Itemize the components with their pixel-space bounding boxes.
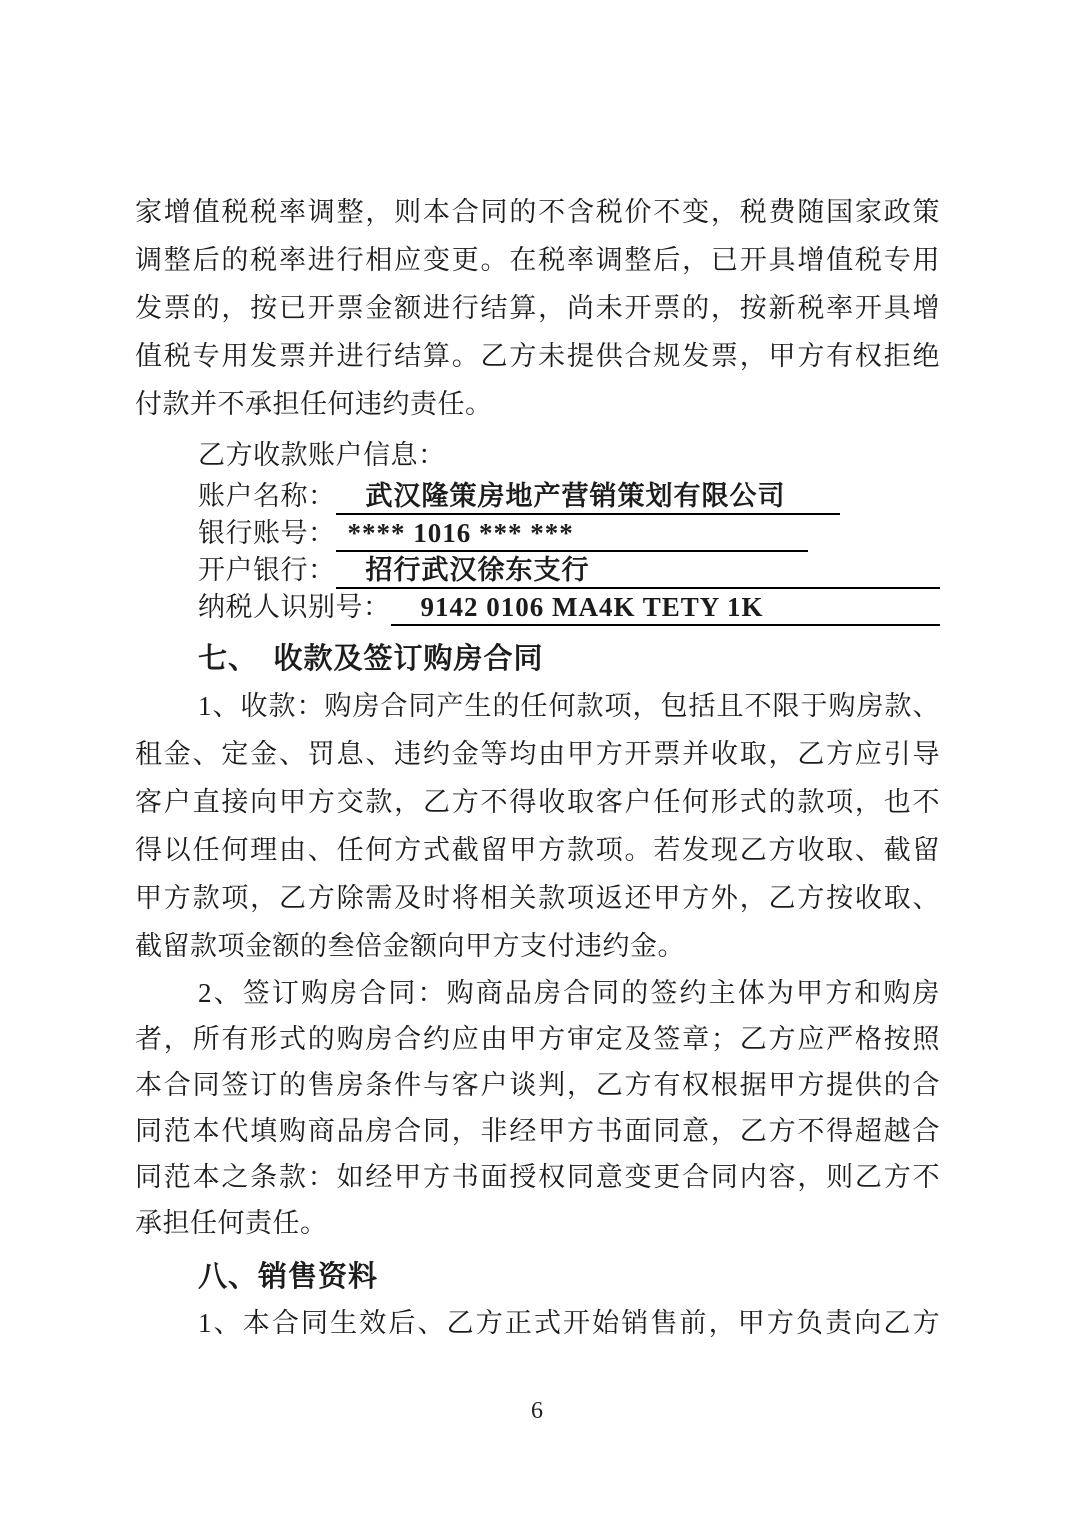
text-line: 者，所有形式的购房合约应由甲方审定及签章；乙方应严格按照 bbox=[135, 1016, 940, 1062]
text-line: 同范本代填购商品房合同，非经甲方书面同意，乙方不得超越合 bbox=[135, 1108, 940, 1154]
text-line: 值税专用发票并进行结算。乙方未提供合规发票，甲方有权拒绝 bbox=[135, 332, 940, 380]
text-line: 截留款项金额的叁倍金额向甲方支付违约金。 bbox=[135, 922, 940, 970]
text-line: 承担任何责任。 bbox=[135, 1200, 940, 1246]
account-field-bank-branch: 开户银行： 招行武汉徐东支行 bbox=[198, 552, 940, 589]
taxpayer-id-value: 9142 0106 MA4K TETY 1K bbox=[391, 589, 941, 626]
page-content: 家增值税税率调整，则本合同的不含税价不变，税费随国家政策 调整后的税率进行相应变… bbox=[135, 0, 940, 1347]
account-name-value: 武汉隆策房地产营销策划有限公司 bbox=[336, 478, 841, 515]
bank-number-label: 银行账号： bbox=[198, 515, 336, 552]
paragraph-contract-signing: 2、签订购房合同：购商品房合同的签约主体为甲方和购房 者，所有形式的购房合约应由… bbox=[135, 970, 940, 1246]
account-field-taxpayer-id: 纳税人识别号： 9142 0106 MA4K TETY 1K bbox=[198, 589, 940, 626]
account-field-bank-number: 银行账号： **** 1016 *** *** bbox=[198, 515, 808, 552]
text-line: 甲方款项，乙方除需及时将相关款项返还甲方外，乙方按收取、 bbox=[135, 874, 940, 922]
section-eight-heading: 八、销售资料 bbox=[198, 1254, 940, 1300]
text-line: 发票的，按已开票金额进行结算，尚未开票的，按新税率开具增 bbox=[135, 284, 940, 332]
paragraph-sales-materials: 1、本合同生效后、乙方正式开始销售前，甲方负责向乙方 bbox=[135, 1300, 940, 1347]
taxpayer-id-label: 纳税人识别号： bbox=[198, 589, 391, 626]
text-line: 1、收款：购房合同产生的任何款项，包括且不限于购房款、 bbox=[135, 682, 940, 730]
text-line: 客户直接向甲方交款，乙方不得收取客户任何形式的款项，也不 bbox=[135, 778, 940, 826]
text-line: 2、签订购房合同：购商品房合同的签约主体为甲方和购房 bbox=[135, 970, 940, 1016]
account-info-intro: 乙方收款账户信息： bbox=[135, 432, 940, 478]
bank-branch-label: 开户银行： bbox=[198, 552, 336, 589]
text-line: 家增值税税率调整，则本合同的不含税价不变，税费随国家政策 bbox=[135, 188, 940, 236]
bank-branch-value: 招行武汉徐东支行 bbox=[336, 552, 941, 589]
account-field-name: 账户名称： 武汉隆策房地产营销策划有限公司 bbox=[198, 478, 840, 515]
text-line: 同范本之条款：如经甲方书面授权同意变更合同内容，则乙方不 bbox=[135, 1154, 940, 1200]
paragraph-payment-collection: 1、收款：购房合同产生的任何款项，包括且不限于购房款、 租金、定金、罚息、违约金… bbox=[135, 682, 940, 970]
text-line: 1、本合同生效后、乙方正式开始销售前，甲方负责向乙方 bbox=[135, 1300, 940, 1347]
section-seven-heading: 七、 收款及签订购房合同 bbox=[198, 636, 940, 682]
text-line: 租金、定金、罚息、违约金等均由甲方开票并收取，乙方应引导 bbox=[135, 730, 940, 778]
text-line: 本合同签订的售房条件与客户谈判，乙方有权根据甲方提供的合 bbox=[135, 1062, 940, 1108]
account-name-label: 账户名称： bbox=[198, 478, 336, 515]
page-number: 6 bbox=[0, 1398, 1074, 1425]
bank-number-value: **** 1016 *** *** bbox=[336, 515, 809, 552]
contract-page: 家增值税税率调整，则本合同的不含税价不变，税费随国家政策 调整后的税率进行相应变… bbox=[0, 0, 1074, 1520]
text-line: 付款并不承担任何违约责任。 bbox=[135, 380, 940, 428]
text-line: 得以任何理由、任何方式截留甲方款项。若发现乙方收取、截留 bbox=[135, 826, 940, 874]
text-line: 调整后的税率进行相应变更。在税率调整后，已开具增值税专用 bbox=[135, 236, 940, 284]
paragraph-tax-continuation: 家增值税税率调整，则本合同的不含税价不变，税费随国家政策 调整后的税率进行相应变… bbox=[135, 188, 940, 428]
